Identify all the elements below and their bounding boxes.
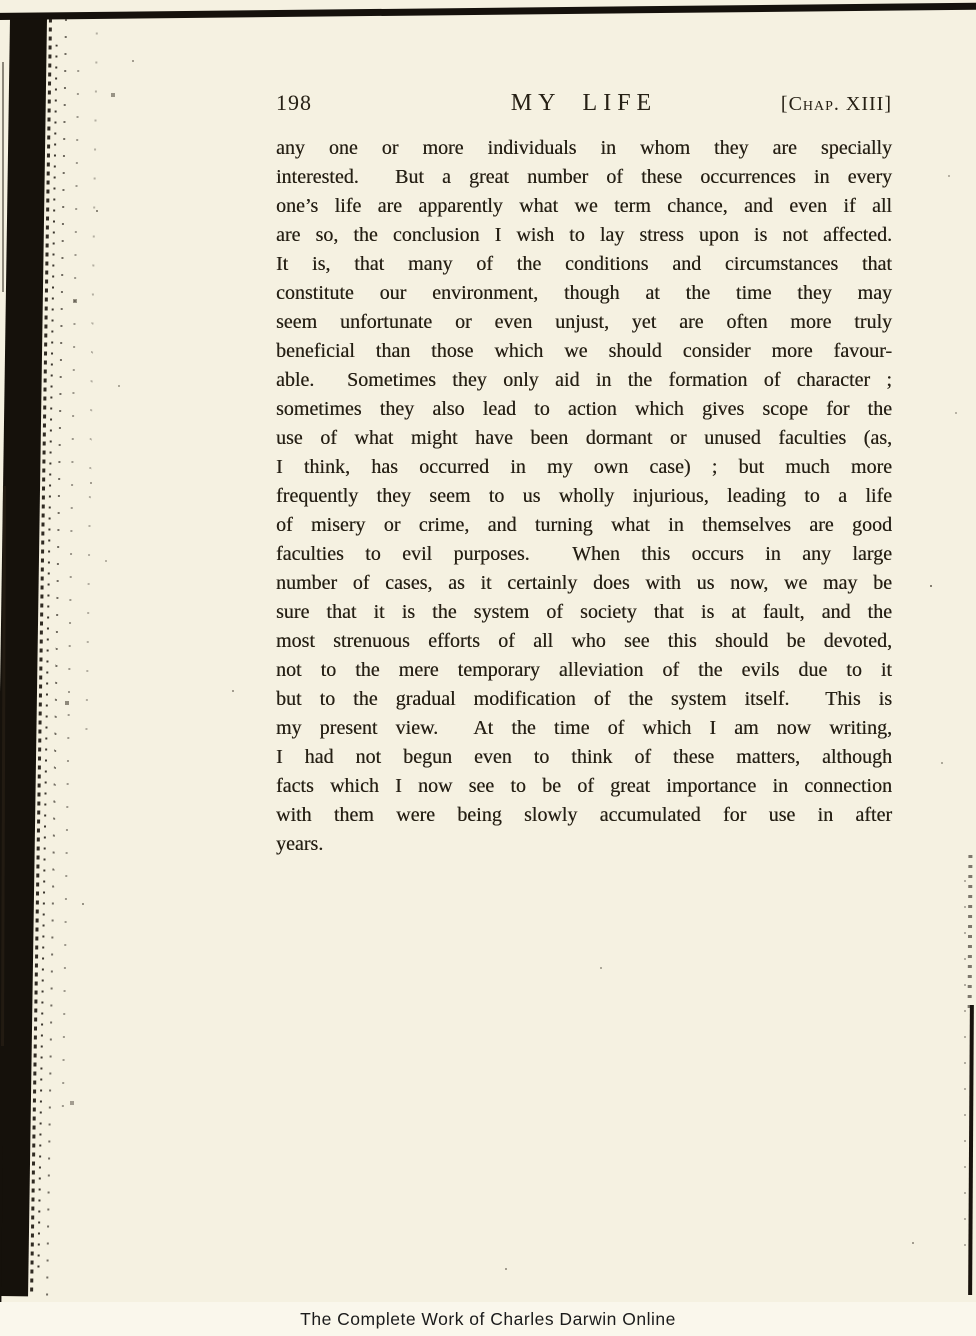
body-text-line: sure that it is the system of society th… [276,598,892,627]
body-text-line: sometimes they also lead to action which… [276,395,892,424]
body-text-line: but to the gradual modification of the s… [276,685,892,714]
body-text-line: faculties to evil purposes. When this oc… [276,540,892,569]
page-content: 198 MY LIFE [Chap. XIII] any one or more… [276,90,892,859]
right-edge-line [968,1005,973,1295]
gutter-noise-column [85,32,97,735]
gutter-noise-column [62,70,80,1118]
body-text-line: able. Sometimes they only aid in the for… [276,366,892,395]
running-header: 198 MY LIFE [Chap. XIII] [276,90,892,117]
body-text-line: beneficial than those which we should co… [276,337,892,366]
body-text-line: constitute our environment, though at th… [276,279,892,308]
body-text-line: I think, has occurred in my own case) ; … [276,453,892,482]
body-text-line: facts which I now see to be of great imp… [276,772,892,801]
scanned-book-page: 198 MY LIFE [Chap. XIII] any one or more… [0,0,976,1336]
body-text-line: I had not begun even to think of these m… [276,743,892,772]
body-text-line: one’s life are apparently what we term c… [276,192,892,221]
body-text-line: frequently they seem to us wholly injuri… [276,482,892,511]
body-text-line: seem unfortunate or even unjust, yet are… [276,308,892,337]
body-text-line: not to the mere temporary alleviation of… [276,656,892,685]
body-text-line: years. [276,830,892,859]
body-paragraph: any one or more individuals in whom they… [276,134,892,859]
book-title-header: MY LIFE [511,90,657,117]
footer-band: The Complete Work of Charles Darwin Onli… [0,1302,976,1336]
scan-speckle-noise [0,0,2,2]
body-text-line: are so, the conclusion I wish to lay str… [276,221,892,250]
page-number: 198 [276,90,511,116]
scan-top-edge-artifact [0,2,976,20]
body-text-line: my present view. At the time of which I … [276,714,892,743]
footer-credit-text: The Complete Work of Charles Darwin Onli… [300,1309,676,1330]
body-text-line: It is, that many of the conditions and c… [276,250,892,279]
scan-gutter-shadow [0,18,140,1298]
body-text-line: with them were being slowly accumulated … [276,801,892,830]
left-edge-line [2,62,4,292]
body-text-line: interested. But a great number of these … [276,163,892,192]
body-text-line: number of cases, as it certainly does wi… [276,569,892,598]
right-edge-noise [964,880,966,1260]
right-edge-noise [968,855,973,1015]
body-text-line: of misery or crime, and turning what in … [276,511,892,540]
body-text-line: most strenuous efforts of all who see th… [276,627,892,656]
body-text-line: use of what might have been dormant or u… [276,424,892,453]
body-text-line: any one or more individuals in whom they… [276,134,892,163]
chapter-header: [Chap. XIII] [657,93,892,116]
